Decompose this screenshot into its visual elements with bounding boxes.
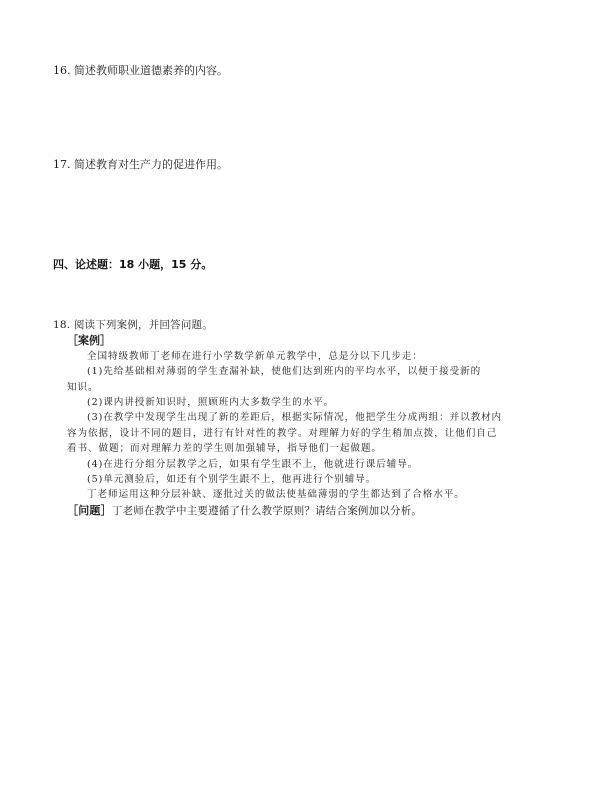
- case-line: 容为依据，设计不同的题目，进行有针对性的教学。对理解力好的学生稍加点拨，让他们自…: [53, 426, 493, 441]
- case-line: 丁老师运用这种分层补缺、逐批过关的做法使基础薄弱的学生都达到了合格水平。: [53, 487, 493, 502]
- case-line: (3)在教学中发现学生出现了新的差距后，根据实际情况，他把学生分成两组：并以教材…: [53, 410, 493, 425]
- section-heading-essay: 四、论述题：18 小题，15 分。: [53, 258, 212, 272]
- question-18-ask: ［问题］丁老师在教学中主要遵循了什么教学原则？请结合案例加以分析。: [53, 503, 493, 518]
- case-line: (4)在进行分组分层教学之后，如果有学生跟不上，他就进行课后辅导。: [53, 457, 493, 472]
- question-18-block: 18. 阅读下列案例，并回答问题。 ［案例］ 全国特级教师丁老师在进行小学数学新…: [53, 318, 493, 518]
- question-17: 17. 简述教育对生产力的促进作用。: [53, 158, 228, 172]
- case-line: (5)单元测验后，如还有个别学生跟不上，他再进行个别辅导。: [53, 472, 493, 487]
- question-text: 丁老师在教学中主要遵循了什么教学原则？请结合案例加以分析。: [112, 505, 422, 517]
- case-label: ［案例］: [53, 333, 493, 348]
- question-16: 16. 简述教师职业道德素养的内容。: [53, 64, 228, 78]
- case-line: 全国特级教师丁老师在进行小学数学新单元教学中，总是分以下几步走：: [53, 349, 493, 364]
- question-label: ［问题］: [67, 504, 112, 517]
- case-line: 知识。: [53, 380, 493, 395]
- case-line: (2)课内讲授新知识时，照顾班内大多数学生的水平。: [53, 395, 493, 410]
- question-18-prompt: 18. 阅读下列案例，并回答问题。: [53, 318, 493, 333]
- case-line: 看书、做题；而对理解力差的学生则加强辅导，指导他们一起做题。: [53, 441, 493, 456]
- case-line: (1)先给基础相对薄弱的学生查漏补缺，使他们达到班内的平均水平，以便于接受新的: [53, 364, 493, 379]
- exam-page: 16. 简述教师职业道德素养的内容。 17. 简述教育对生产力的促进作用。 四、…: [0, 0, 595, 791]
